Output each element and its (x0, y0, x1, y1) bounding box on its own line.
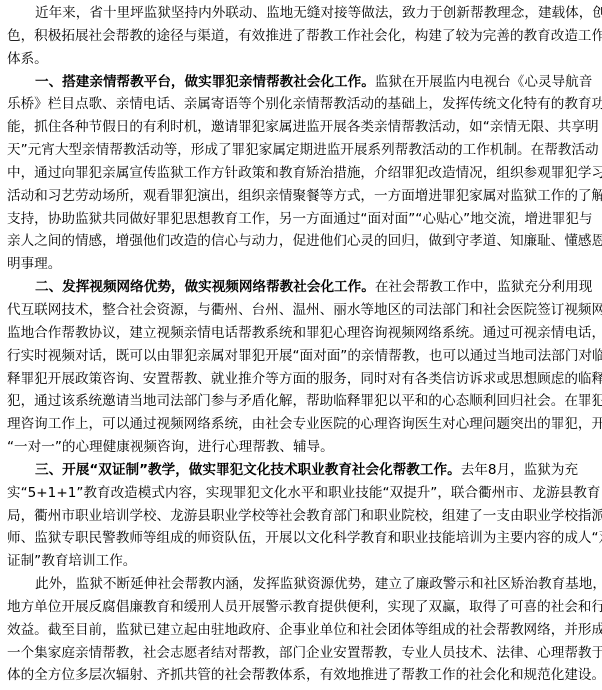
text-line: 证制”教育培训工作。 (7, 550, 602, 573)
text-line: 实“5+1+1”教育改造模式内容，实现罪犯文化水平和职业技能“双提升”，联合衢州… (7, 482, 602, 505)
line-text: 地方单位开展反腐倡廉教育和缓刑人员开展警示教育提供便利，实现了双赢，取得了可喜的… (7, 599, 602, 615)
text-line: 师、监狱专职民警教师等组成的师资队伍，开展以文化科学教育和职业技能培训为主要内容… (7, 527, 602, 550)
text-line: 监地合作帮教协议，建立视频亲情电话帮教系统和罪犯心理咨询视频网络系统。通过可视亲… (7, 322, 602, 345)
line-text: 色，积极拓展社会帮教的途径与渠道，有效推进了帮教工作社会化，构建了较为完善的教育… (7, 28, 602, 44)
line-text: 在社会帮教工作中，监狱充分利用现 (375, 279, 593, 295)
text-line: 三、开展“双证制”教学，做实罪犯文化技术职业教育社会化帮教工作。去年8月，监狱为… (7, 459, 602, 482)
text-line: 二、发挥视频网络优势，做实视频网络帮教社会化工作。在社会帮教工作中，监狱充分利用… (7, 276, 602, 299)
paragraph-section-2: 二、发挥视频网络优势，做实视频网络帮教社会化工作。在社会帮教工作中，监狱充分利用… (7, 276, 602, 459)
paragraph-section-3: 三、开展“双证制”教学，做实罪犯文化技术职业教育社会化帮教工作。去年8月，监狱为… (7, 459, 602, 573)
text-line: 犯，通过该系统邀请当地司法部门参与矛盾化解，帮助临释罪犯以平和的心态顺利回归社会… (7, 390, 602, 413)
text-line: 明事理。 (7, 253, 602, 276)
document-body: 近年来，省十里坪监狱坚持内外联动、监地无缝对接等做法，致力于创新帮教理念，建载体… (0, 0, 602, 690)
line-text: 局，衢州市职业培训学校、龙游县职业学校等社会教育部门和职业院校，组建了一支由职业… (7, 508, 602, 524)
text-line: 能，抓住各种节假日的有利时机，邀请罪犯家属进监开展各类亲情帮教活动，如“亲情无限… (7, 116, 602, 139)
line-text: 近年来，省十里坪监狱坚持内外联动、监地无缝对接等做法，致力于创新帮教理念，建载体… (35, 5, 602, 21)
line-text: 体的全方位多层次辐射、齐抓共管的社会帮教体系，有效地推进了帮教工作的社会化和规范… (7, 667, 602, 683)
line-text: 代互联网技术，整合社会资源，与衢州、台州、温州、丽水等地区的司法部门和社会医院签… (7, 302, 602, 318)
line-text: 活动和习艺劳动场所，观看罪犯演出，组织亲情聚餐等方式，一方面增进罪犯家属对监狱工… (7, 188, 602, 204)
text-line: 天”元宵大型亲情帮教活动等，形成了罪犯家属定期进监开展系列帮教活动的工作机制。在… (7, 139, 602, 162)
section-heading: 二、发挥视频网络优势，做实视频网络帮教社会化工作。 (35, 279, 375, 295)
text-line: 色，积极拓展社会帮教的途径与渠道，有效推进了帮教工作社会化，构建了较为完善的教育… (7, 25, 602, 48)
section-heading: 一、搭建亲情帮教平台，做实罪犯亲情帮教社会化工作。 (35, 74, 375, 90)
line-text: 监地合作帮教协议，建立视频亲情电话帮教系统和罪犯心理咨询视频网络系统。通过可视亲… (7, 325, 602, 341)
paragraph-intro: 近年来，省十里坪监狱坚持内外联动、监地无缝对接等做法，致力于创新帮教理念，建载体… (7, 2, 602, 71)
line-text: 体系。 (7, 51, 48, 67)
line-text: 监狱在开展监内电视台《心灵导航音 (375, 74, 593, 90)
paragraph-section-1: 一、搭建亲情帮教平台，做实罪犯亲情帮教社会化工作。监狱在开展监内电视台《心灵导航… (7, 71, 602, 277)
text-line: 亲人之间的情感，增强他们改造的信心与动力，促进他们心灵的回归，做到守孝道、知廉耻… (7, 230, 602, 253)
text-line: 理咨询工作上，可以通过视频网络系统，由社会专业医院的心理咨询医生对心理问题突出的… (7, 413, 602, 436)
line-text: 释罪犯开展政策咨询、安置帮教、就业推介等方面的服务，同时对有各类信访诉求或思想顾… (7, 371, 602, 387)
text-line: 一个集家庭亲情帮教，社会志愿者结对帮教，部门企业安置帮教，专业人员技术、法律、心… (7, 642, 602, 665)
text-line: 此外，监狱不断延伸社会帮教内涵，发挥监狱资源优势，建立了廉政警示和社区矫治教育基… (7, 573, 602, 596)
line-text: 支持，协助监狱共同做好罪犯思想教育工作，另一方面通过“面对面”“心贴心”地交流，… (7, 211, 593, 227)
text-line: 活动和习艺劳动场所，观看罪犯演出，组织亲情聚餐等方式，一方面增进罪犯家属对监狱工… (7, 185, 602, 208)
text-line: “一对一”的心理健康视频咨询，进行心理帮教、辅导。 (7, 436, 602, 459)
line-text: 证制”教育培训工作。 (7, 553, 136, 569)
line-text: 亲人之间的情感，增强他们改造的信心与动力，促进他们心灵的回归，做到守孝道、知廉耻… (7, 233, 602, 249)
text-line: 行实时视频对话，既可以由罪犯亲属对罪犯开展“面对面”的亲情帮教，也可以通过当地司… (7, 345, 602, 368)
text-line: 代互联网技术，整合社会资源，与衢州、台州、温州、丽水等地区的司法部门和社会医院签… (7, 299, 602, 322)
line-text: 明事理。 (7, 256, 61, 272)
line-text: 一个集家庭亲情帮教，社会志愿者结对帮教，部门企业安置帮教，专业人员技术、法律、心… (7, 645, 602, 661)
line-text: 犯，通过该系统邀请当地司法部门参与矛盾化解，帮助临释罪犯以平和的心态顺利回归社会… (7, 393, 602, 409)
line-text: 理咨询工作上，可以通过视频网络系统，由社会专业医院的心理咨询医生对心理问题突出的… (7, 416, 602, 432)
text-line: 中，通过向罪犯亲属宣传监狱工作方针政策和教育矫治措施，介绍罪犯改造情况，组织参观… (7, 162, 602, 185)
line-text: 此外，监狱不断延伸社会帮教内涵，发挥监狱资源优势，建立了廉政警示和社区矫治教育基… (35, 576, 602, 592)
text-line: 释罪犯开展政策咨询、安置帮教、就业推介等方面的服务，同时对有各类信访诉求或思想顾… (7, 368, 602, 391)
line-text: 中，通过向罪犯亲属宣传监狱工作方针政策和教育矫治措施，介绍罪犯改造情况，组织参观… (7, 165, 602, 181)
text-line: 地方单位开展反腐倡廉教育和缓刑人员开展警示教育提供便利，实现了双赢，取得了可喜的… (7, 596, 602, 619)
line-text: 师、监狱专职民警教师等组成的师资队伍，开展以文化科学教育和职业技能培训为主要内容… (7, 530, 602, 546)
text-line: 体的全方位多层次辐射、齐抓共管的社会帮教体系，有效地推进了帮教工作的社会化和规范… (7, 664, 602, 687)
line-text: 能，抓住各种节假日的有利时机，邀请罪犯家属进监开展各类亲情帮教活动，如“亲情无限… (7, 119, 599, 135)
line-text: “一对一”的心理健康视频咨询，进行心理帮教、辅导。 (7, 439, 334, 455)
line-text: 去年8月，监狱为充 (461, 462, 578, 478)
text-line: 支持，协助监狱共同做好罪犯思想教育工作，另一方面通过“面对面”“心贴心”地交流，… (7, 208, 602, 231)
text-line: 体系。 (7, 48, 602, 71)
text-line: 一、搭建亲情帮教平台，做实罪犯亲情帮教社会化工作。监狱在开展监内电视台《心灵导航… (7, 71, 602, 94)
paragraph-conclusion: 此外，监狱不断延伸社会帮教内涵，发挥监狱资源优势，建立了廉政警示和社区矫治教育基… (7, 573, 602, 687)
line-text: 乐桥》栏目点歌、亲情电话、亲属寄语等个别化亲情帮教活动的基础上，发挥传统文化特有… (7, 96, 602, 112)
line-text: 实“5+1+1”教育改造模式内容，实现罪犯文化水平和职业技能“双提升”，联合衢州… (7, 485, 600, 501)
text-line: 近年来，省十里坪监狱坚持内外联动、监地无缝对接等做法，致力于创新帮教理念，建载体… (7, 2, 602, 25)
line-text: 效益。截至目前，监狱已建立起由驻地政府、企事业单位和社会团体等组成的社会帮教网络… (7, 622, 602, 638)
line-text: 天”元宵大型亲情帮教活动等，形成了罪犯家属定期进监开展系列帮教活动的工作机制。在… (7, 142, 599, 158)
text-line: 乐桥》栏目点歌、亲情电话、亲属寄语等个别化亲情帮教活动的基础上，发挥传统文化特有… (7, 93, 602, 116)
line-text: 行实时视频对话，既可以由罪犯亲属对罪犯开展“面对面”的亲情帮教，也可以通过当地司… (7, 348, 602, 364)
section-heading: 三、开展“双证制”教学，做实罪犯文化技术职业教育社会化帮教工作。 (35, 462, 461, 478)
text-line: 局，衢州市职业培训学校、龙游县职业学校等社会教育部门和职业院校，组建了一支由职业… (7, 505, 602, 528)
text-line: 效益。截至目前，监狱已建立起由驻地政府、企事业单位和社会团体等组成的社会帮教网络… (7, 619, 602, 642)
